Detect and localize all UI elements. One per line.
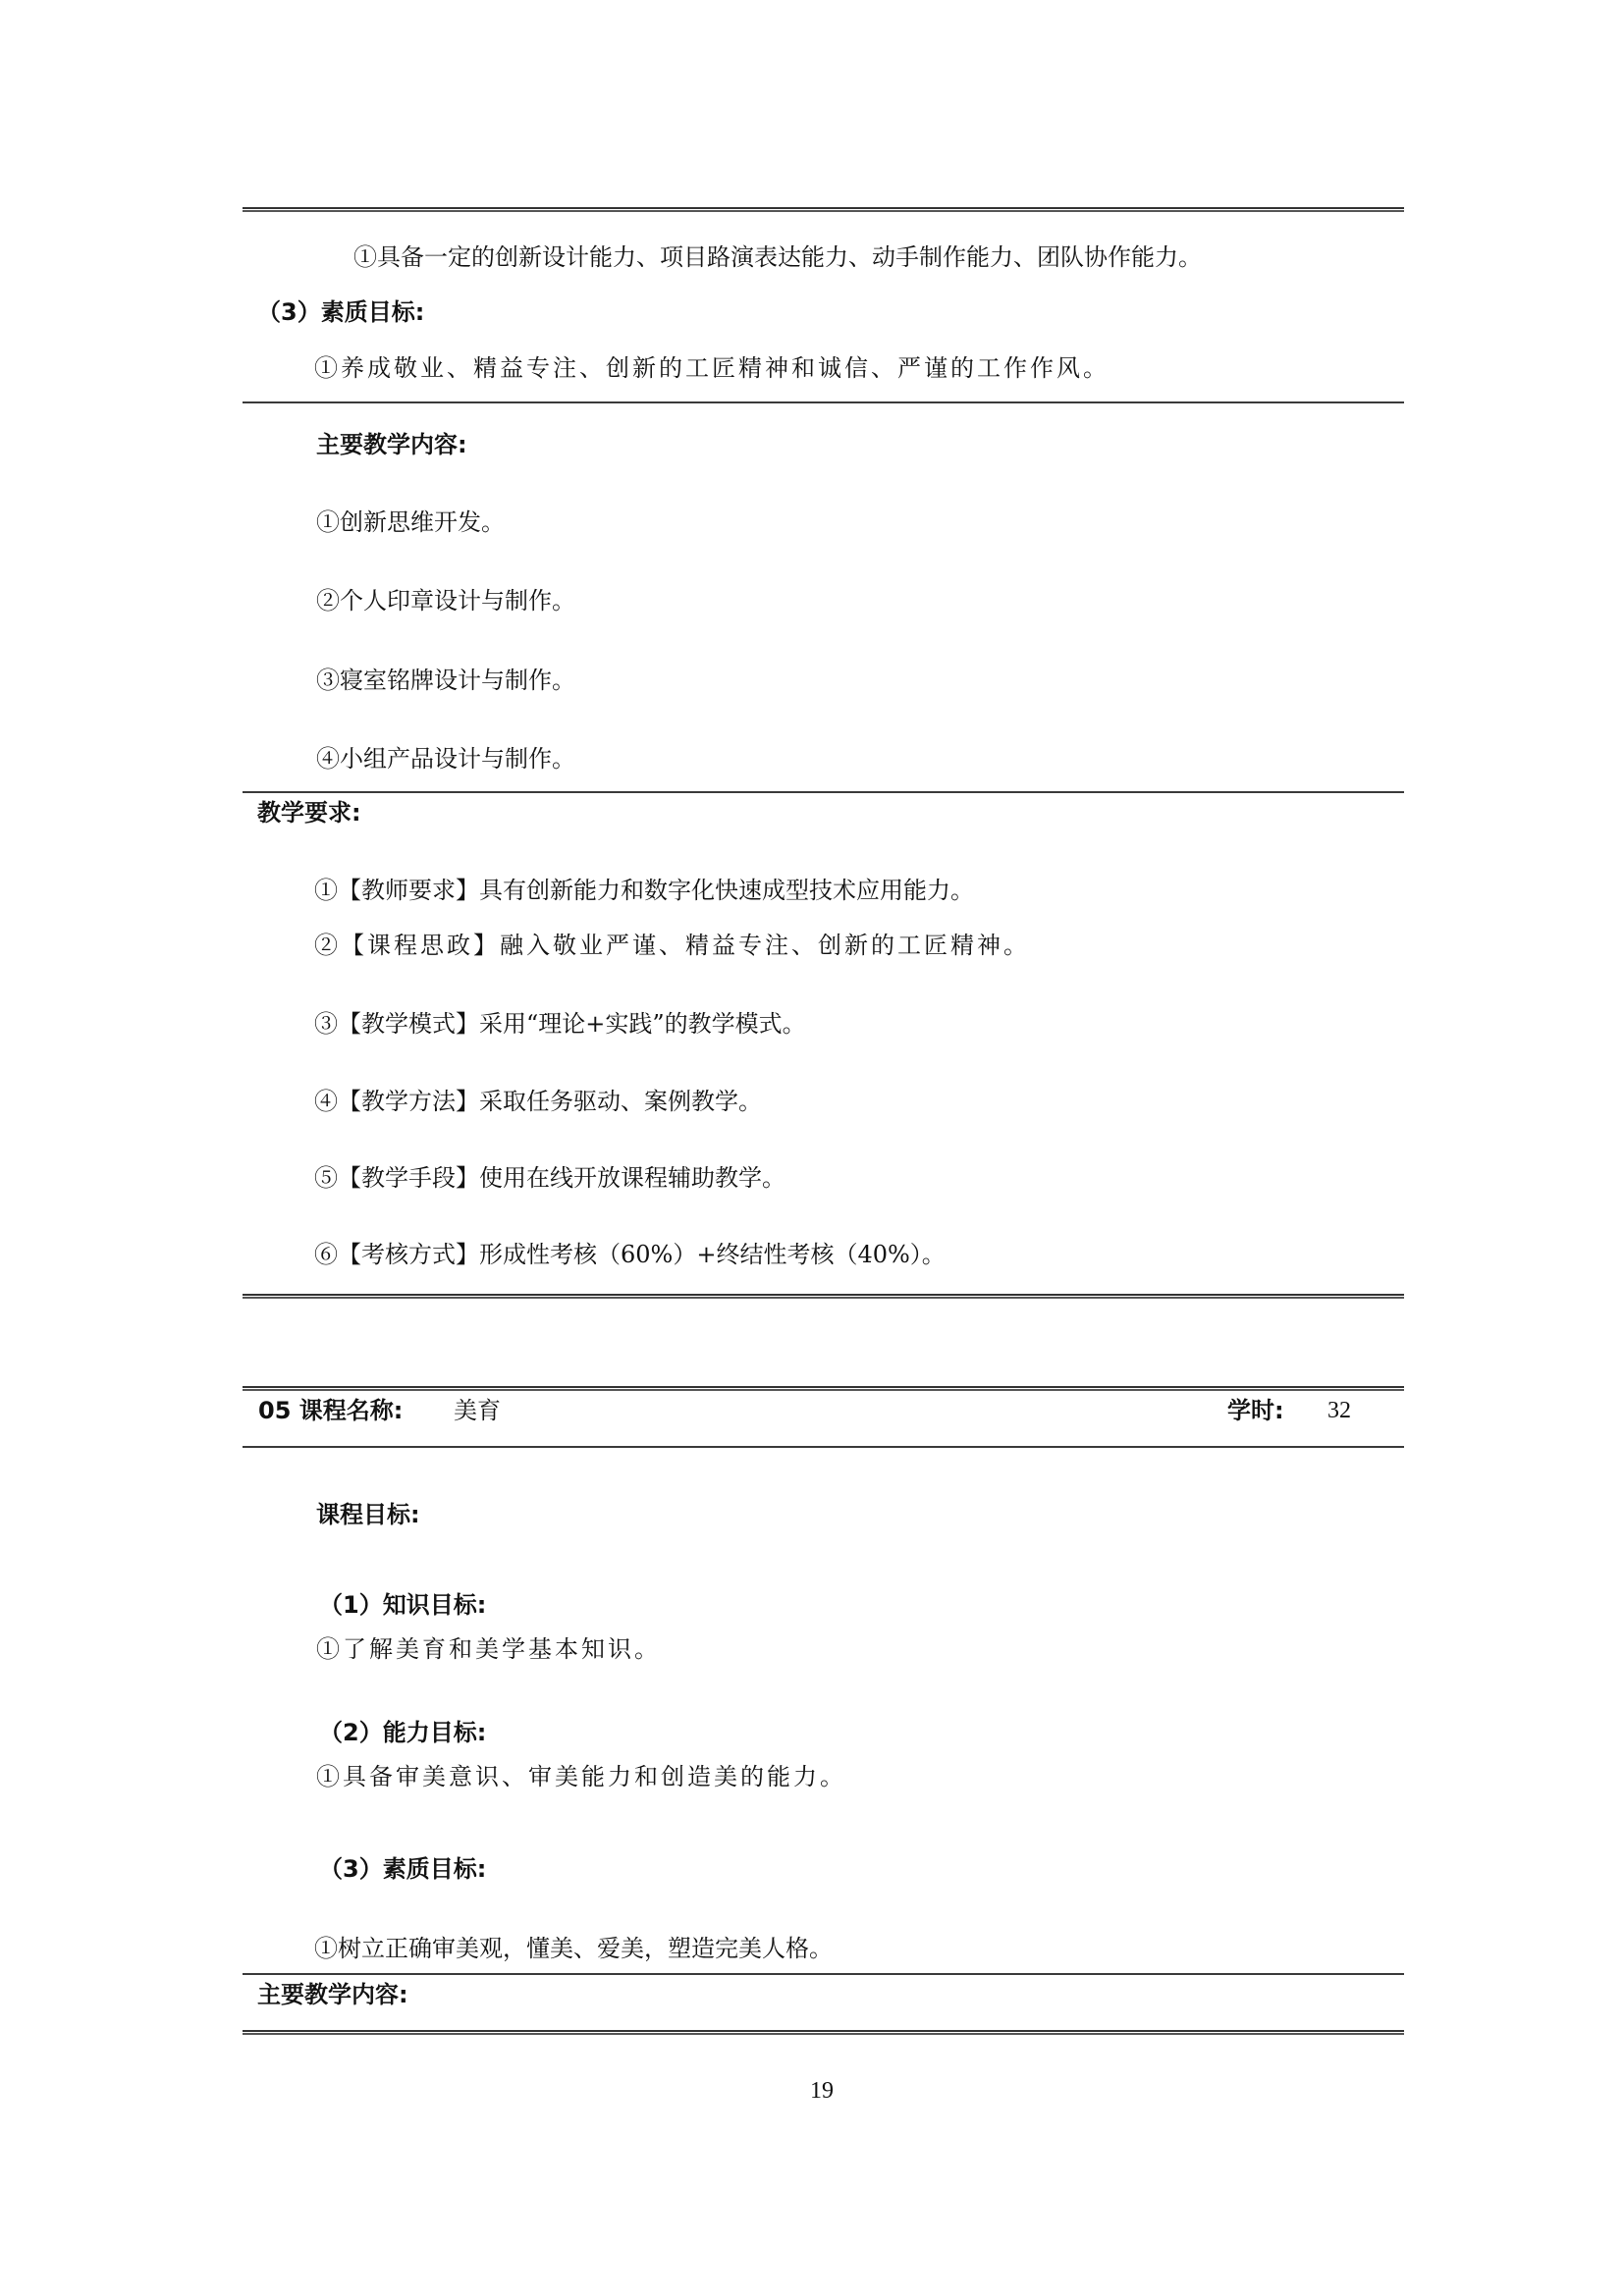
section-rule <box>243 791 1404 793</box>
ability-heading: （2）能力目标: <box>319 1721 486 1744</box>
course-header-double-rule <box>243 1386 1404 1391</box>
section-rule <box>243 401 1404 403</box>
section-rule <box>243 1973 1404 1975</box>
quality-item-1-05: ①树立正确审美观，懂美、爱美，塑造完美人格。 <box>314 1937 833 1960</box>
page-number: 19 <box>810 2079 834 2103</box>
requirement-item: ⑥【考核方式】形成性考核（60%）+终结性考核（40%）。 <box>314 1243 946 1266</box>
section-end-double-rule <box>243 1294 1404 1299</box>
knowledge-item-1: ①了解美育和美学基本知识。 <box>316 1637 661 1661</box>
objectives-heading: 课程目标: <box>316 1503 420 1526</box>
page-end-double-rule <box>243 2030 1404 2035</box>
requirement-item: ①【教师要求】具有创新能力和数字化快速成型技术应用能力。 <box>314 879 974 902</box>
top-double-rule <box>243 207 1404 212</box>
requirement-item: ⑤【教学手段】使用在线开放课程辅助教学。 <box>314 1166 785 1190</box>
content-item: ①创新思维开发。 <box>316 510 505 534</box>
requirement-item: ③【教学模式】采用“理论+实践”的教学模式。 <box>314 1012 806 1036</box>
knowledge-heading: （1）知识目标: <box>319 1593 486 1617</box>
quality-heading: （3）素质目标: <box>257 300 424 324</box>
course-name-value: 美育 <box>454 1399 501 1422</box>
requirement-item: ④【教学方法】采取任务驱动、案例教学。 <box>314 1090 762 1113</box>
content-heading-05: 主要教学内容: <box>257 1983 408 2006</box>
course-name-label: 05 课程名称: <box>258 1399 403 1422</box>
content-item: ②个人印章设计与制作。 <box>316 589 575 613</box>
course-header-rule <box>243 1446 1404 1448</box>
quality-heading-05: （3）素质目标: <box>319 1857 486 1881</box>
course-hours-label: 学时: <box>1227 1399 1284 1422</box>
ability-item-1: ①具备审美意识、审美能力和创造美的能力。 <box>316 1765 846 1789</box>
content-heading: 主要教学内容: <box>316 433 467 456</box>
requirement-item: ②【课程思政】融入敬业严谨、精益专注、创新的工匠精神。 <box>314 934 1030 957</box>
ability-item-1: ①具备一定的创新设计能力、项目路演表达能力、动手制作能力、团队协作能力。 <box>353 245 1202 269</box>
requirements-heading: 教学要求: <box>257 801 361 825</box>
content-item: ④小组产品设计与制作。 <box>316 747 575 771</box>
content-item: ③寝室铭牌设计与制作。 <box>316 668 575 692</box>
course-hours-value: 32 <box>1327 1399 1351 1422</box>
quality-item-1: ①养成敬业、精益专注、创新的工匠精神和诚信、严谨的工作作风。 <box>314 356 1110 380</box>
